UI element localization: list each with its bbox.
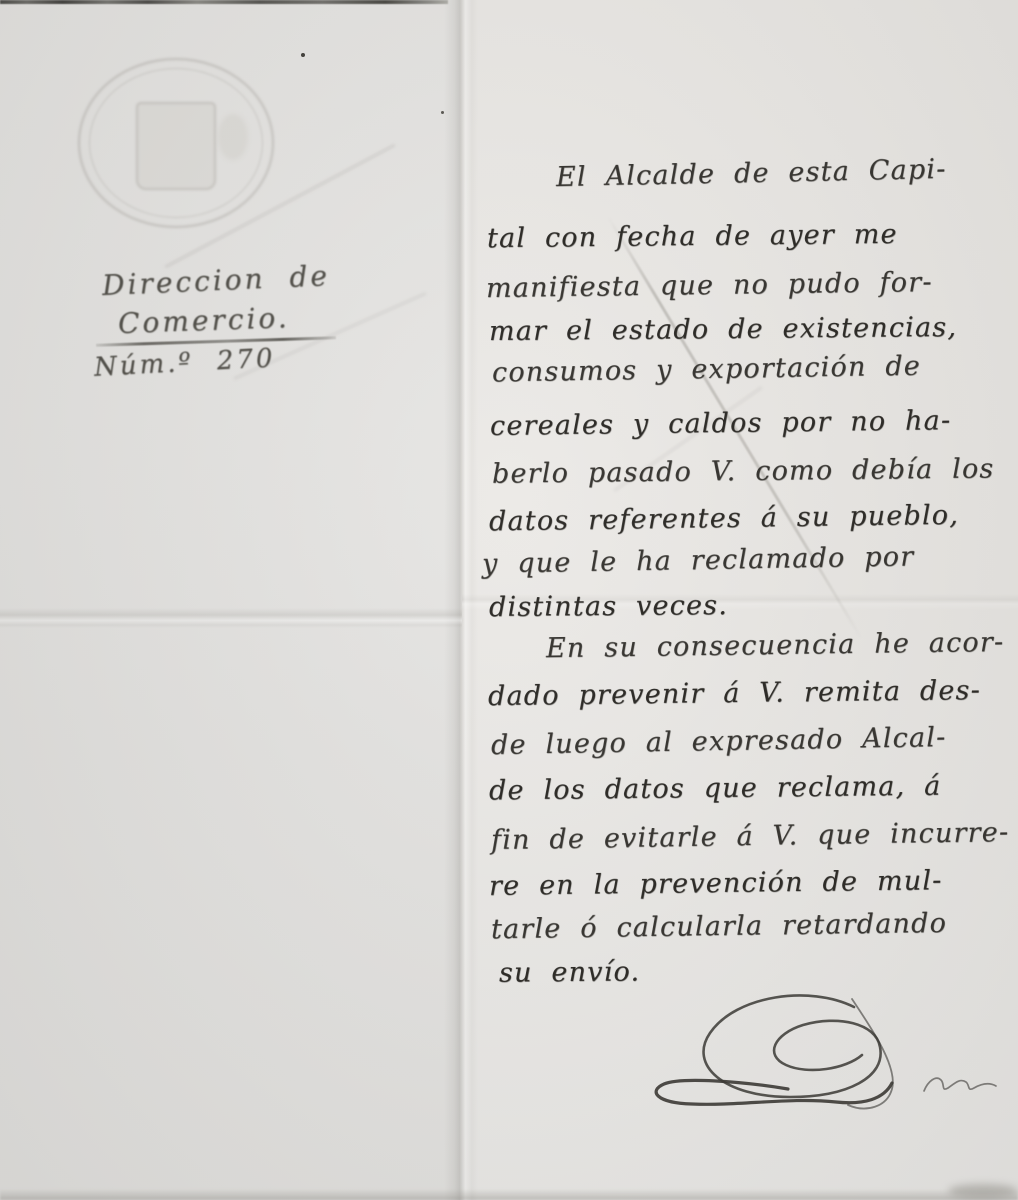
handwritten-line: En su consecuencia he acor- [546,627,1005,664]
department-heading-line: Comercio. [117,301,290,340]
handwritten-line: re en la prevención de mul- [489,865,943,902]
scan-edge-top [0,0,448,4]
handwritten-line: de los datos que reclama, á [489,771,942,807]
handwritten-line: cereales y caldos por no ha- [490,405,952,442]
signature-flourish [640,985,1018,1155]
handwritten-line: dado prevenir á V. remita des- [488,675,981,712]
handwritten-line: berlo pasado V. como debía los [492,453,995,489]
scanned-letter: Direccion de Comercio. Núm.º 270 El Alca… [0,0,1018,1200]
ink-speck [441,111,444,114]
scan-edge-bottom [0,1189,1018,1200]
handwritten-line: manifiesta que no pudo for- [486,267,933,304]
handwritten-line: mar el estado de existencias, [489,312,957,347]
horizontal-fold-crease-left [0,608,462,628]
handwritten-line: tal con fecha de ayer me [487,219,898,254]
signature-letters [924,1078,996,1091]
handwritten-line: datos referentes á su pueblo, [489,500,959,538]
ink-speck [301,53,305,57]
seal-icon [78,58,274,228]
handwritten-line: distintas veces. [489,590,728,623]
handwritten-line: tarle ó calcularla retardando [491,908,947,945]
seal-shield [136,102,216,190]
seal-emboss-highlight [218,114,248,160]
handwritten-line: su envío. [499,956,641,988]
